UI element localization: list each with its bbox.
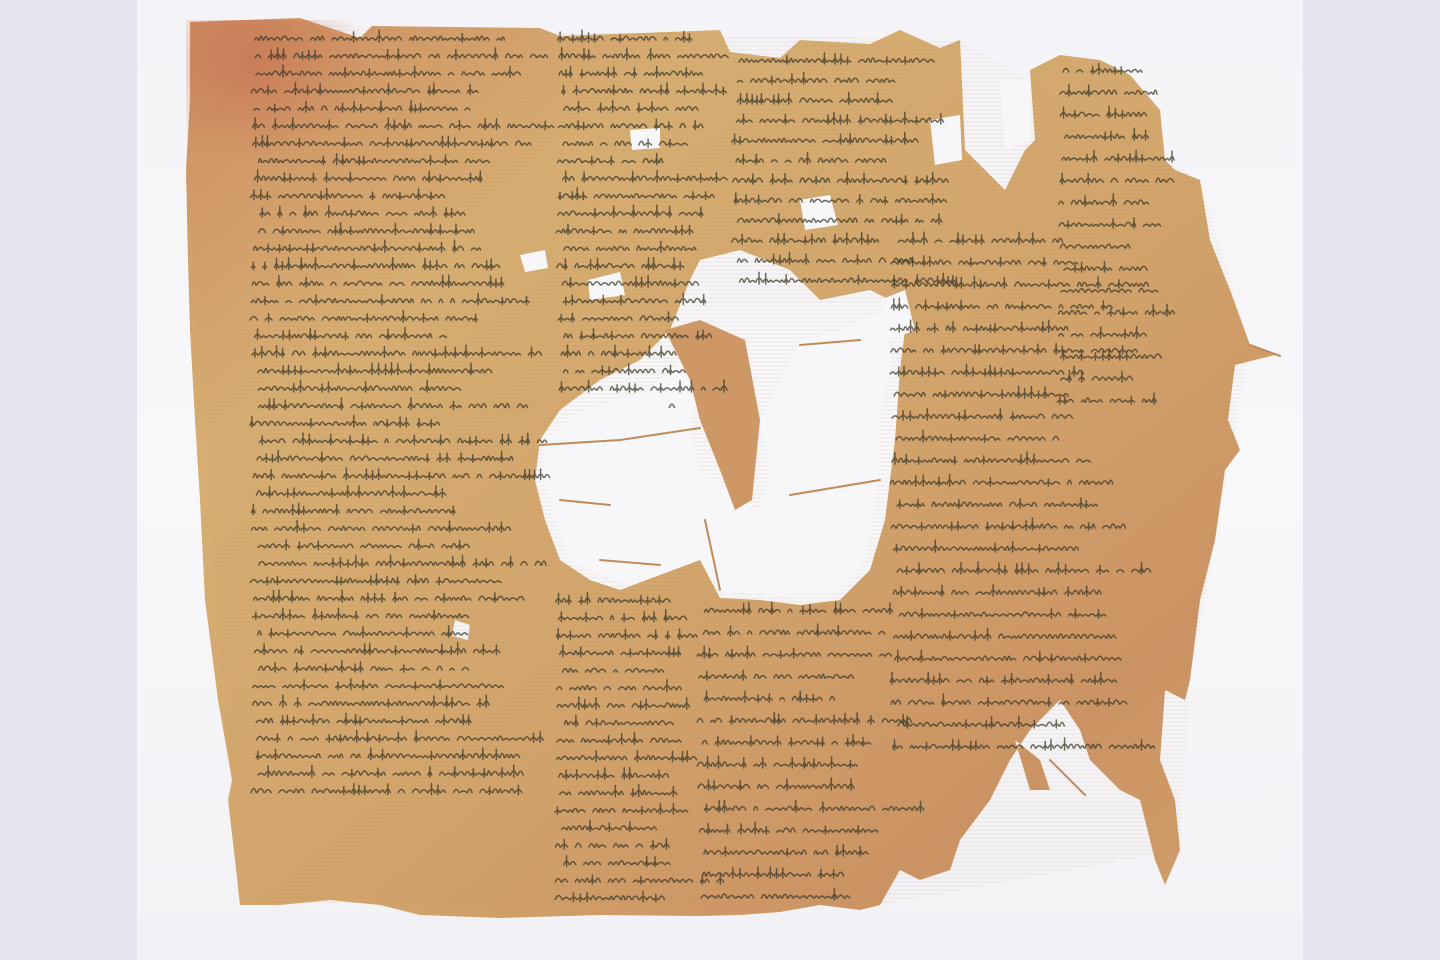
papyrus-fragment: [0, 0, 1440, 960]
